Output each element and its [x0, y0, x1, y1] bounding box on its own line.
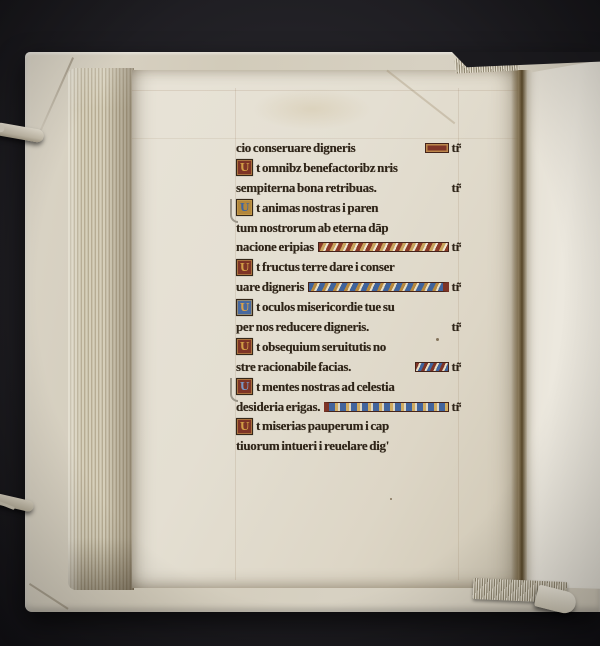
text-line: cio conseruare digneris tr̃ [236, 138, 461, 158]
line-filler-ornament [308, 282, 448, 292]
text-block: cio conseruare digneris tr̃ U t omnibz b… [236, 138, 461, 456]
line-text: t oculos misericordie tue su [256, 299, 395, 315]
text-line: stre racionabile facias. tr̃ [236, 357, 461, 377]
illuminated-initial: U [236, 338, 253, 355]
line-text: tiuorum intueri i reuelare dig' [236, 438, 389, 454]
text-line: U t oculos misericordie tue su [236, 297, 461, 317]
line-text: t fructus terre dare i conser [256, 259, 395, 275]
line-text: desideria erigas. [236, 399, 320, 415]
line-text: tum nostrorum ab eterna dāp [236, 220, 388, 236]
line-filler-ornament [415, 362, 449, 372]
text-line: U t obsequium seruitutis no [236, 337, 461, 357]
line-text: nacione eripias [236, 239, 314, 255]
text-line: per nos reducere digneris. tr̃ [236, 317, 461, 337]
te-rogamus-abbreviation: tr̃ [452, 279, 462, 295]
photo-background: cio conseruare digneris tr̃ U t omnibz b… [0, 0, 600, 646]
te-rogamus-abbreviation: tr̃ [452, 239, 462, 255]
line-text: cio conseruare digneris [236, 140, 355, 156]
line-text: t omnibz benefactoribz nris [256, 160, 398, 176]
te-rogamus-abbreviation: tr̃ [452, 359, 462, 375]
text-line: U t miserias pauperum i cap [236, 416, 461, 436]
line-filler-ornament [425, 143, 449, 153]
te-rogamus-abbreviation: tr̃ [452, 140, 462, 156]
illuminated-initial: U [236, 418, 253, 435]
text-line: U t mentes nostras ad celestia [236, 377, 461, 397]
page-stack-shading [68, 68, 134, 590]
line-filler-ornament [318, 242, 449, 252]
te-rogamus-abbreviation: tr̃ [452, 399, 462, 415]
text-line: sempiterna bona retribuas. tr̃ [236, 178, 461, 198]
line-text: t mentes nostras ad celestia [256, 379, 395, 395]
line-text: per nos reducere digneris. [236, 319, 369, 335]
line-text: t animas nostras i paren [256, 200, 378, 216]
parchment-stain [252, 88, 372, 130]
text-line: tiuorum intueri i reuelare dig' [236, 436, 461, 456]
illuminated-initial-flourished: U [236, 378, 253, 395]
line-text: uare digneris [236, 279, 304, 295]
te-rogamus-abbreviation: tr̃ [452, 180, 462, 196]
manuscript-page: cio conseruare digneris tr̃ U t omnibz b… [132, 70, 518, 588]
line-text: t obsequium seruitutis no [256, 339, 386, 355]
parchment-crease [387, 70, 456, 124]
text-line: tum nostrorum ab eterna dāp [236, 218, 461, 238]
line-text: t miserias pauperum i cap [256, 418, 389, 434]
line-filler-ornament [324, 402, 448, 412]
text-line: U t fructus terre dare i conser [236, 257, 461, 277]
illuminated-initial: U [236, 259, 253, 276]
text-line: uare digneris tr̃ [236, 277, 461, 297]
text-line: U t animas nostras i paren [236, 198, 461, 218]
illuminated-initial: U [236, 299, 253, 316]
text-line: desideria erigas. tr̃ [236, 397, 461, 417]
illuminated-initial: U [236, 159, 253, 176]
text-line: U t omnibz benefactoribz nris [236, 158, 461, 178]
text-line: nacione eripias tr̃ [236, 237, 461, 257]
illuminated-initial-flourished: U [236, 199, 253, 216]
parchment-speck [390, 498, 392, 500]
facing-page [527, 56, 600, 592]
te-rogamus-abbreviation: tr̃ [452, 319, 462, 335]
line-text: sempiterna bona retribuas. [236, 180, 377, 196]
line-text: stre racionabile facias. [236, 359, 351, 375]
page-stack-fore-edge [68, 68, 134, 590]
